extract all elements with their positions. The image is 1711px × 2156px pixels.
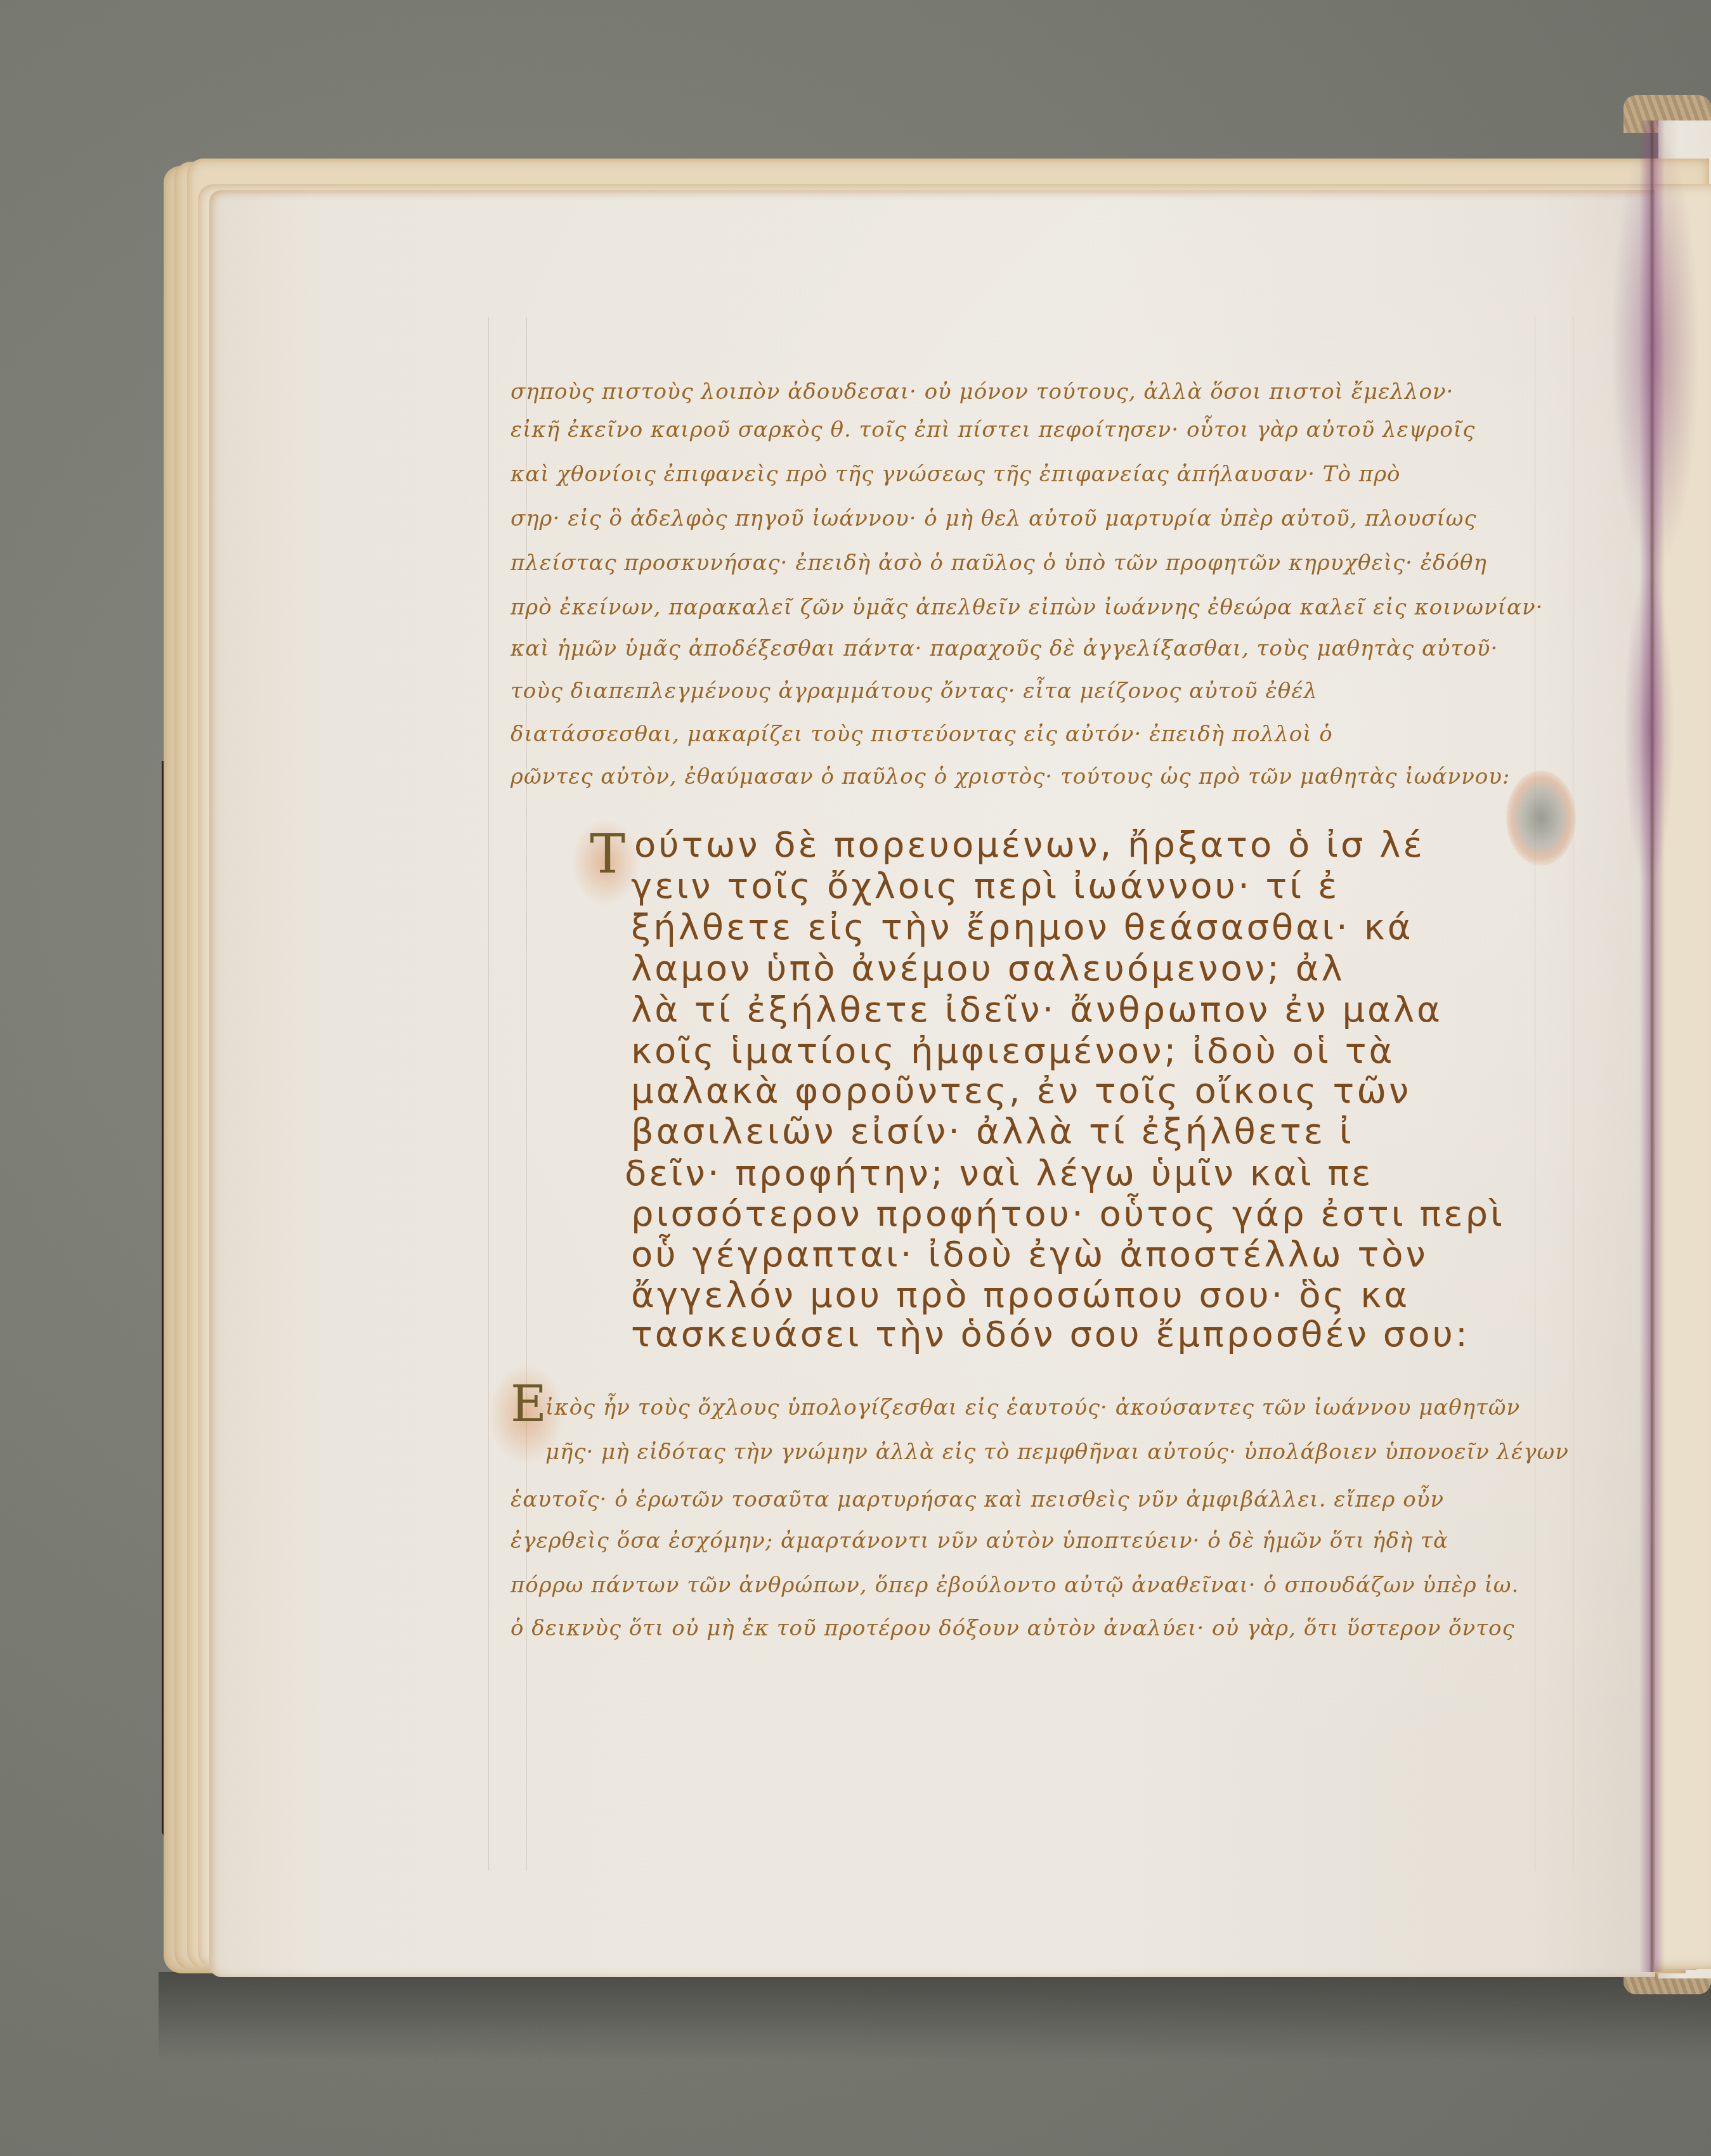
lemma-line: λὰ τί ἐξήλθετε ἰδεῖν· ἄνθρωπον ἐν μαλα [631, 989, 1443, 1030]
lemma-line: λαμον ὑπὸ ἀνέμου σαλευόμενον; ἀλ [631, 948, 1345, 989]
lemma-line: μαλακὰ φοροῦντες, ἐν τοῖς οἴκοις τῶν [631, 1070, 1411, 1112]
text-line: πλείστας προσκυνήσας· ἐπειδὴ ἀσὸ ὁ παῦλο… [511, 550, 1487, 576]
text-line: εἰκῆ ἐκεῖνο καιροῦ σαρκὸς θ. τοῖς ἐπὶ πί… [511, 417, 1475, 443]
marginal-sign [1506, 770, 1576, 866]
lemma-line: δεῖν· προφήτην; ναὶ λέγω ὑμῖν καὶ πε [625, 1153, 1373, 1194]
purple-stain [1611, 127, 1700, 571]
table-shadow [159, 1972, 1711, 2061]
lemma-line: ούτων δὲ πορευομένων, ἤρξατο ὁ ἰσ λέ [634, 824, 1425, 866]
text-line: τοὺς διαπεπλεγμένους ἀγραμμάτους ὄντας· … [511, 679, 1318, 704]
lemma-line: οὗ γέγραπται· ἰδοὺ ἐγὼ ἀποστέλλω τὸν [631, 1234, 1428, 1275]
text-line: πρὸ ἐκείνων, παρακαλεῖ ζῶν ὑμᾶς ἀπελθεῖν… [511, 595, 1543, 620]
text-line: πόρρω πάντων τῶν ἀνθρώπων, ὅπερ ἐβούλοντ… [511, 1573, 1519, 1598]
text-line: ρῶντες αὐτὸν, ἐθαύμασαν ὁ παῦλος ὁ χριστ… [511, 764, 1510, 789]
text-line: καὶ χθονίοις ἐπιφανεὶς πρὸ τῆς γνώσεως τ… [511, 462, 1401, 487]
lemma-line: τασκευάσει τὴν ὁδόν σου ἔμπροσθέν σου: [631, 1314, 1470, 1355]
lemma-line: κοῖς ἱματίοις ἠμφιεσμένον; ἰδοὺ οἱ τὰ [631, 1030, 1395, 1072]
decorated-initial-E: Ε [511, 1376, 547, 1433]
purple-stain [1623, 571, 1674, 888]
text-line: καὶ ἡμῶν ὑμᾶς ἀποδέξεσθαι πάντα· παραχοῦ… [511, 636, 1498, 661]
decorated-initial-T: Τ [590, 823, 625, 885]
ruling-line [1573, 317, 1573, 1871]
text-line: διατάσσεσθαι, μακαρίζει τοὺς πιστεύοντας… [511, 722, 1333, 747]
text-line: ἑαυτοῖς· ὁ ἐρωτῶν τοσαῦτα μαρτυρήσας καὶ… [511, 1487, 1444, 1512]
lemma-line: γειν τοῖς ὄχλοις περὶ ἰωάννου· τί ἐ [631, 866, 1339, 907]
text-line: ἐγερθεὶς ὅσα ἐσχόμην; ἀμαρτάνοντι νῦν αὐ… [511, 1528, 1448, 1554]
lemma-line: ξήλθετε εἰς τὴν ἔρημον θεάσασθαι· κά [631, 907, 1414, 948]
text-line: σηρ· εἰς ὃ ἀδελφὸς πηγοῦ ἰωάννου· ὁ μὴ θ… [511, 506, 1477, 531]
lemma-line: ἄγγελόν μου πρὸ προσώπου σου· ὃς κα [631, 1275, 1410, 1316]
text-line: ὁ δεικνὺς ὅτι οὐ μὴ ἐκ τοῦ προτέρου δόξο… [511, 1616, 1515, 1641]
text-line: μῆς· μὴ εἰδότας τὴν γνώμην ἀλλὰ εἰς τὸ π… [545, 1439, 1569, 1465]
ruling-line [1535, 317, 1535, 1871]
text-line: ἰκὸς ἦν τοὺς ὄχλους ὑπολογίζεσθαι εἰς ἑα… [545, 1395, 1520, 1420]
text-line: σηποὺς πιστοὺς λοιπὸν ἀδουδεσαι· οὐ μόνο… [511, 379, 1454, 405]
lemma-line: βασιλειῶν εἰσίν· ἀλλὰ τί ἐξήλθετε ἰ [631, 1111, 1354, 1152]
ruling-line [488, 317, 489, 1871]
lemma-line: ρισσότερον προφήτου· οὗτος γάρ ἐστι περὶ [631, 1193, 1505, 1235]
